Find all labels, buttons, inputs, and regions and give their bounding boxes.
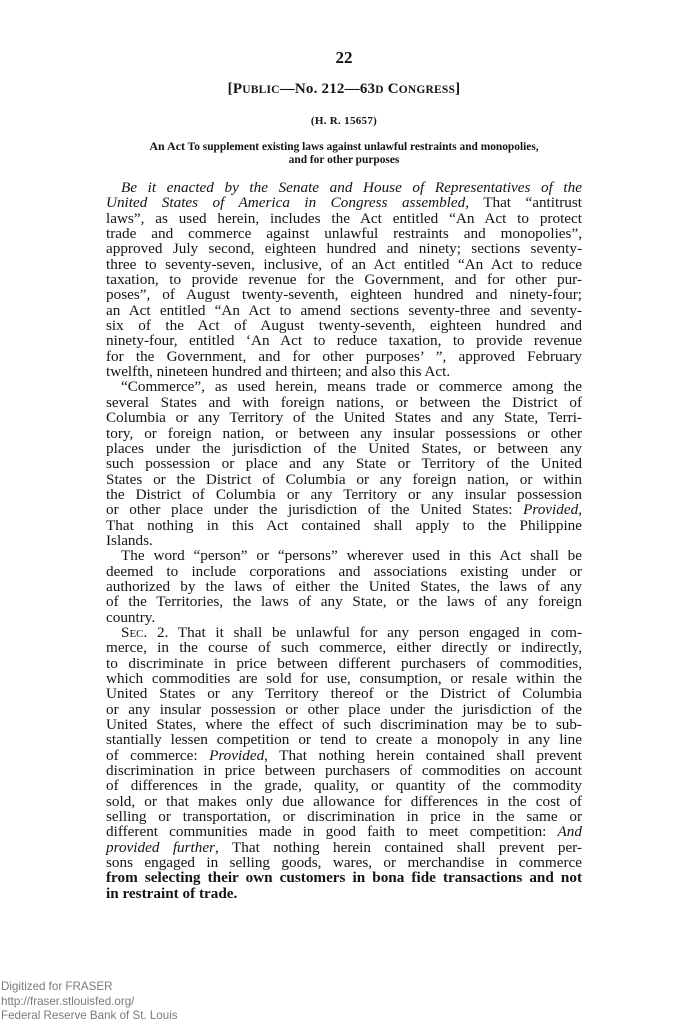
page-number: 22: [106, 48, 582, 68]
text-line: ninety-four, entitled ‘An Act to reduce …: [106, 333, 582, 348]
text-line: approved July second, eighteen hundred a…: [106, 241, 582, 256]
heading-congress-rest: ONGRESS: [399, 84, 455, 96]
text-segment: in restraint of trade.: [106, 885, 237, 902]
act-title-rest: To supplement existing laws against unla…: [185, 141, 539, 153]
text-line: an Act entitled “An Act to amend section…: [106, 303, 582, 318]
act-title-lead: An Act: [149, 139, 185, 153]
text-line: United States of America in Congress ass…: [106, 195, 582, 210]
footer-digitized: Digitized for FRASER: [1, 980, 178, 995]
act-title: An Act To supplement existing laws again…: [100, 140, 588, 167]
text-line: States or the District of Columbia or an…: [106, 472, 582, 487]
text-line: the District of Columbia or any Territor…: [106, 487, 582, 502]
text-line: several States and with foreign nations,…: [106, 395, 582, 410]
text-line: United States, where the effect of such …: [106, 717, 582, 732]
text-line: three to seventy-seven, inclusive, of an…: [106, 257, 582, 272]
heading-congress-initial: C: [388, 81, 399, 97]
text-line: trade and commerce against unlawful rest…: [106, 226, 582, 241]
text-line: Islands.: [106, 533, 582, 548]
text-line: of differences in the grade, quality, or…: [106, 778, 582, 793]
footer-institution: Federal Reserve Bank of St. Louis: [1, 1009, 178, 1024]
text-line: or other place under the jurisdiction of…: [106, 502, 582, 517]
fraser-footer: Digitized for FRASER http://fraser.stlou…: [1, 980, 178, 1024]
text-line: poses”, of August twenty-seventh, eighte…: [106, 287, 582, 302]
bill-number: (H. R. 15657): [106, 114, 582, 128]
text-line: “Commerce”, as used herein, means trade …: [106, 379, 582, 394]
heading-congress: CONGRESS: [388, 81, 455, 97]
text-line: authorized by the laws of either the Uni…: [106, 579, 582, 594]
heading-number: —No. 212—63: [280, 81, 376, 97]
text-line: United States or any Territory thereof o…: [106, 686, 582, 701]
text-line: or any insular possession or other place…: [106, 702, 582, 717]
public-law-heading: [PUBLIC—No. 212—63D CONGRESS]: [106, 80, 582, 99]
text-line: That nothing in this Act contained shall…: [106, 518, 582, 533]
text-line: of the Territories, the laws of any Stat…: [106, 594, 582, 609]
text-line: from selecting their own customers in bo…: [106, 870, 582, 885]
text-line: six of the Act of August twenty-seventh,…: [106, 318, 582, 333]
text-segment: That nothing in this Act contained shall…: [106, 517, 582, 534]
text-line: which commodities are sold for use, cons…: [106, 671, 582, 686]
footer-url: http://fraser.stlouisfed.org/: [1, 995, 178, 1010]
text-line: sold, or that makes only due allowance f…: [106, 794, 582, 809]
text-line: Sec. 2. That it shall be unlawful for an…: [106, 625, 582, 640]
text-segment: of the Territories, the laws of any Stat…: [106, 593, 582, 610]
act-body-text: Be it enacted by the Senate and House of…: [106, 180, 582, 901]
text-line: taxation, to provide revenue for the Gov…: [106, 272, 582, 287]
text-line: to discriminate in price between differe…: [106, 656, 582, 671]
text-line: stantially lessen competition or tend to…: [106, 732, 582, 747]
text-line: merce, in the course of such commerce, e…: [106, 640, 582, 655]
text-line: different communities made in good faith…: [106, 824, 582, 839]
heading-ordinal: D: [375, 84, 384, 96]
text-line: country.: [106, 610, 582, 625]
text-line: tory, or foreign nation, or between any …: [106, 426, 582, 441]
text-line: such possession or place and any State o…: [106, 456, 582, 471]
text-line: provided further, That nothing herein co…: [106, 840, 582, 855]
text-line: selling or transportation, or discrimina…: [106, 809, 582, 824]
heading-public: PUBLIC: [233, 81, 280, 97]
act-title-line-1: An Act To supplement existing laws again…: [100, 140, 588, 154]
text-line: deemed to include corporations and assoc…: [106, 564, 582, 579]
text-line: places under the jurisdiction of the Uni…: [106, 441, 582, 456]
text-line: of commerce: Provided, That nothing here…: [106, 748, 582, 763]
text-line: in restraint of trade.: [106, 886, 582, 901]
text-line: The word “person” or “persons” wherever …: [106, 548, 582, 563]
text-line: laws”, as used herein, includes the Act …: [106, 211, 582, 226]
text-line: Be it enacted by the Senate and House of…: [106, 180, 582, 195]
act-title-line-2: and for other purposes: [100, 154, 588, 167]
text-line: for the Government, and for other purpos…: [106, 349, 582, 364]
text-line: sons engaged in selling goods, wares, or…: [106, 855, 582, 870]
text-line: twelfth, nineteen hundred and thirteen; …: [106, 364, 582, 379]
heading-close-bracket: ]: [455, 81, 460, 97]
heading-public-rest: UBLIC: [242, 84, 279, 96]
heading-public-initial: P: [233, 81, 242, 97]
text-line: Columbia or any Territory of the United …: [106, 410, 582, 425]
text-line: discrimination in price between purchase…: [106, 763, 582, 778]
